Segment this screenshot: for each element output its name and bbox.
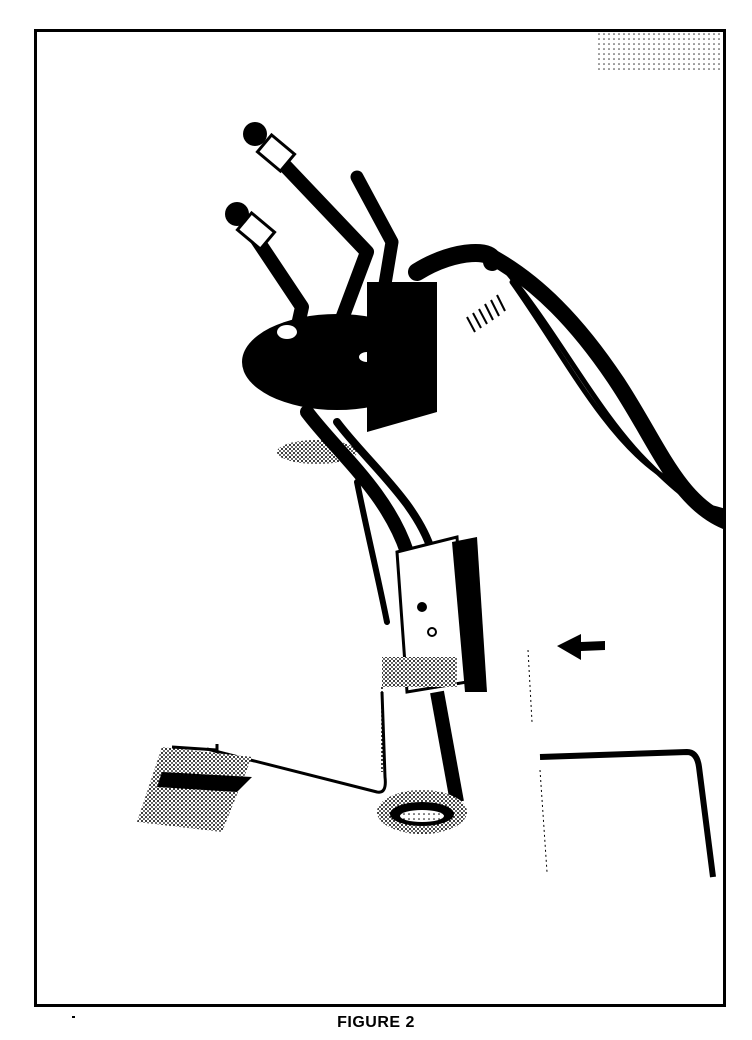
float [137, 747, 252, 832]
figure-frame [34, 29, 726, 1007]
wire-harness [417, 253, 723, 522]
support-tube [382, 687, 457, 802]
sender-body [382, 537, 487, 692]
arrow-left-icon [557, 634, 605, 660]
figure-caption: FIGURE 2 [0, 1014, 752, 1032]
wire-label [467, 295, 505, 332]
bent-rod [540, 752, 713, 877]
corner-shading [597, 32, 723, 72]
figure-photo [37, 32, 723, 1004]
strainer [377, 790, 467, 834]
